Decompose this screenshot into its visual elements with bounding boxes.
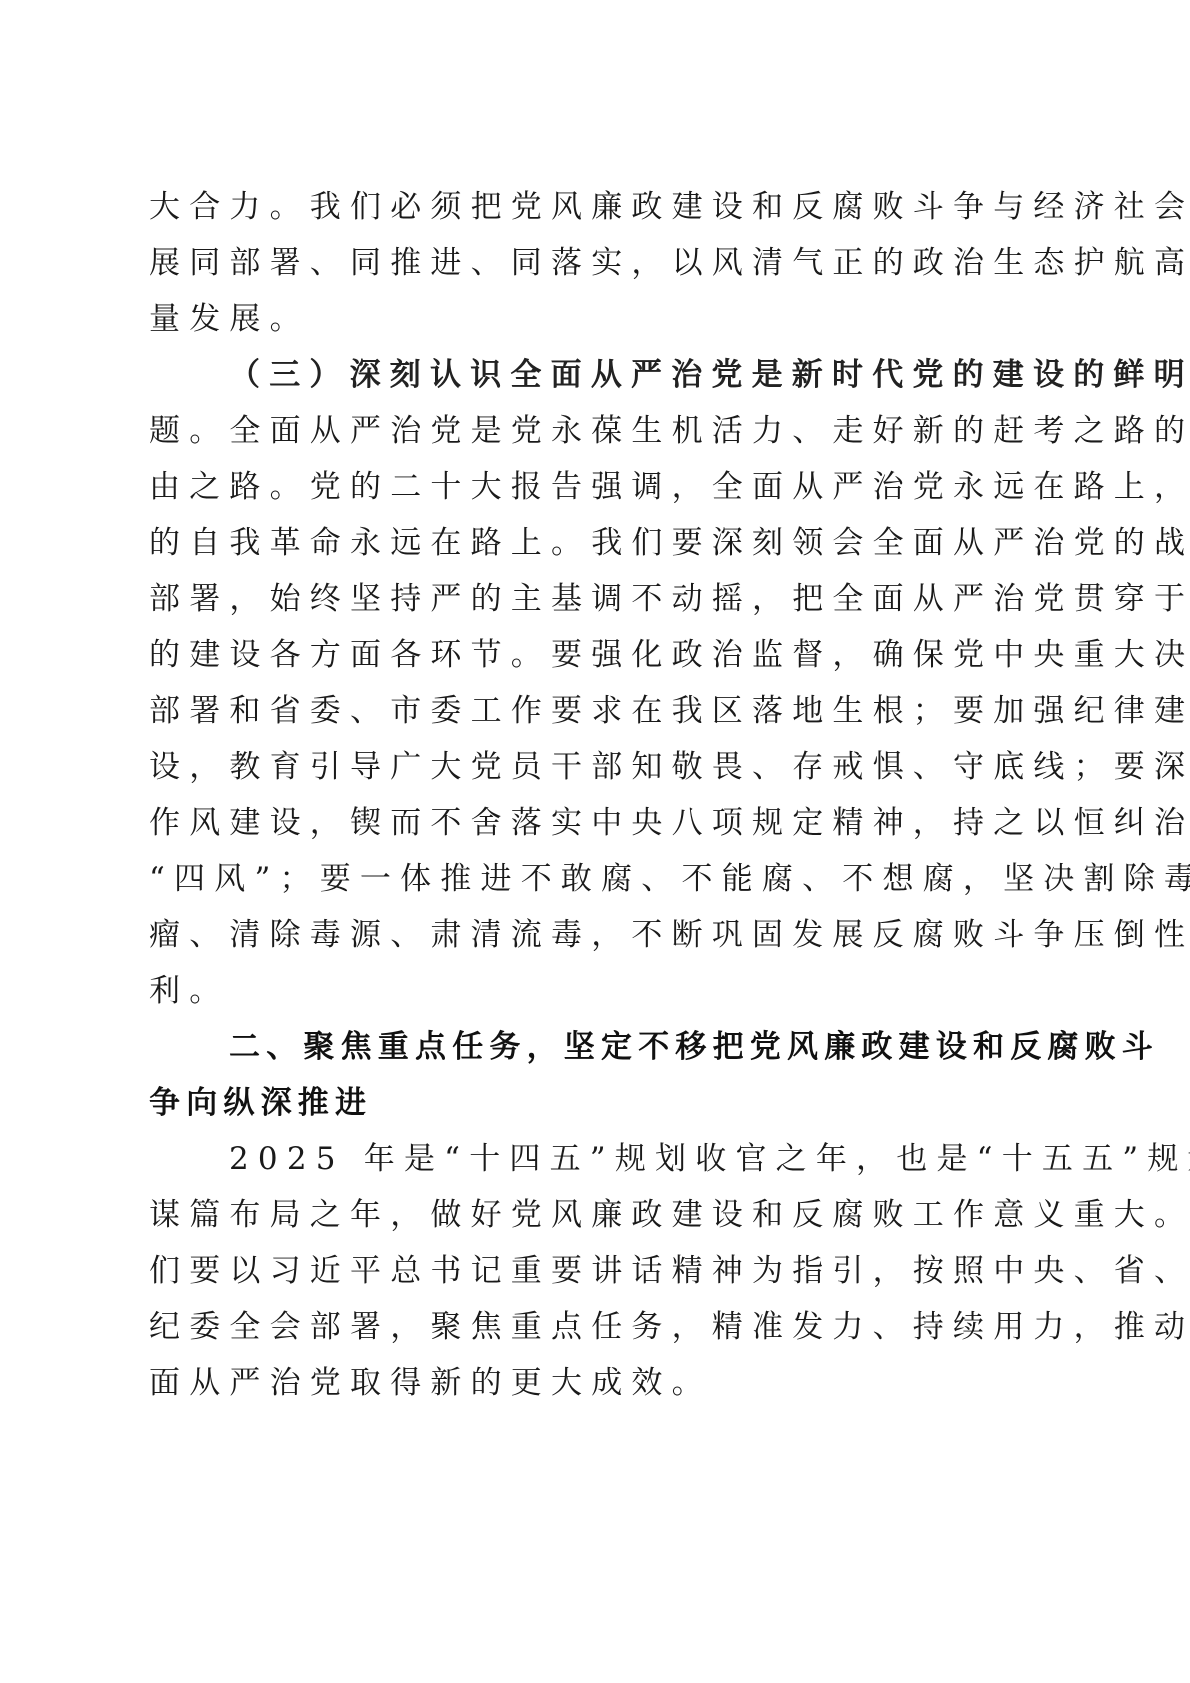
text-line: 作风建设，锲而不舍落实中央八项规定精神，持之以恒纠治	[149, 795, 1039, 851]
text-line: 纪委全会部署，聚焦重点任务，精准发力、持续用力，推动全	[149, 1299, 1039, 1355]
paragraph-conclusion: 大合力。我们必须把党风廉政建设和反腐败斗争与经济社会发 展同部署、同推进、同落实…	[149, 179, 1039, 347]
text-line: 展同部署、同推进、同落实，以风清气正的政治生态护航高质	[149, 235, 1039, 291]
section-heading-two: 二、聚焦重点任务，坚定不移把党风廉政建设和反腐败斗 争向纵深推进	[149, 1019, 1039, 1131]
section-heading-line: 二、聚焦重点任务，坚定不移把党风廉政建设和反腐败斗	[149, 1019, 1039, 1075]
text-line: 的建设各方面各环节。要强化政治监督，确保党中央重大决策	[149, 627, 1039, 683]
text-line: 由之路。党的二十大报告强调，全面从严治党永远在路上，党	[149, 459, 1039, 515]
text-line: 部署和省委、市委工作要求在我区落地生根；要加强纪律建	[149, 683, 1039, 739]
text-line: 利。	[149, 963, 1039, 1019]
text-line: 设，教育引导广大党员干部知敬畏、存戒惧、守底线；要深化	[149, 739, 1039, 795]
text-line: 面从严治党取得新的更大成效。	[149, 1355, 1039, 1411]
document-page: 大合力。我们必须把党风廉政建设和反腐败斗争与经济社会发 展同部署、同推进、同落实…	[149, 179, 1039, 1411]
paragraph-subsection-three: （三）深刻认识全面从严治党是新时代党的建设的鲜明主 题。全面从严治党是党永葆生机…	[149, 347, 1039, 1019]
subsection-heading: （三）深刻认识全面从严治党是新时代党的建设的鲜明主	[229, 357, 1190, 393]
subsection-heading-line: （三）深刻认识全面从严治党是新时代党的建设的鲜明主	[149, 347, 1039, 403]
text-line: 量发展。	[149, 291, 1039, 347]
text-line: 的自我革命永远在路上。我们要深刻领会全面从严治党的战略	[149, 515, 1039, 571]
text-line: 们要以习近平总书记重要讲话精神为指引，按照中央、省、市	[149, 1243, 1039, 1299]
text-line: 部署，始终坚持严的主基调不动摇，把全面从严治党贯穿于党	[149, 571, 1039, 627]
paragraph-2025-tasks: 2025 年是“十四五”规划收官之年，也是“十五五”规划 谋篇布局之年，做好党风…	[149, 1131, 1039, 1411]
text-line: 瘤、清除毒源、肃清流毒，不断巩固发展反腐败斗争压倒性胜	[149, 907, 1039, 963]
section-heading-line: 争向纵深推进	[149, 1075, 1039, 1131]
text-line: 2025 年是“十四五”规划收官之年，也是“十五五”规划	[149, 1131, 1039, 1187]
text-line: 大合力。我们必须把党风廉政建设和反腐败斗争与经济社会发	[149, 179, 1039, 235]
text-line: “四风”；要一体推进不敢腐、不能腐、不想腐，坚决割除毒	[149, 851, 1039, 907]
text-line: 谋篇布局之年，做好党风廉政建设和反腐败工作意义重大。我	[149, 1187, 1039, 1243]
text-line: 题。全面从严治党是党永葆生机活力、走好新的赶考之路的必	[149, 403, 1039, 459]
